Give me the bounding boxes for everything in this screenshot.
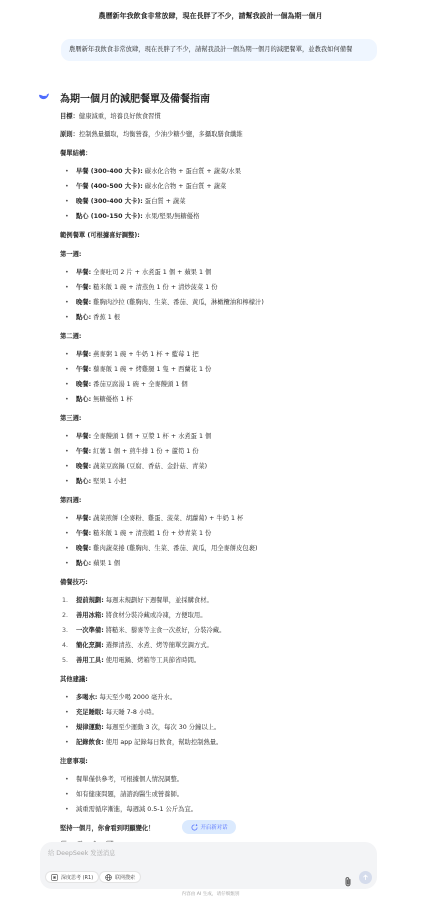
item-label: 點心:	[76, 560, 91, 567]
item-number: 1.	[62, 593, 68, 608]
week-3-heading: 第三週:	[60, 411, 388, 426]
list-item: 晚餐: 雞肉蔬菜捲 (雞胸肉、生菜、番茄、黃瓜，用全麥餅皮包裹)	[60, 541, 388, 556]
item-label: 晚餐:	[76, 545, 91, 552]
item-label: 記錄飲食:	[76, 739, 104, 746]
item-label: 晚餐:	[76, 463, 91, 470]
list-item: 1.提前規劃: 每週末規劃好下週餐單，並採購食材。	[60, 593, 388, 608]
ai-disclaimer: 内容由 AI 生成，请仔细甄别	[0, 891, 421, 897]
list-item: 5.善用工具: 使用電鍋、烤箱等工具節省時間。	[60, 653, 388, 668]
web-search-label: 联网搜索	[115, 874, 135, 881]
item-text: 蘋果 1 個	[93, 560, 120, 567]
list-item: 早餐: 全麥饅頭 1 個 + 豆漿 1 杯 + 水煮蛋 1 個	[60, 429, 388, 444]
list-item: 早餐: 全麥吐司 2 片 + 水煮蛋 1 個 + 蘋果 1 個	[60, 265, 388, 280]
item-text: 每週至少運動 3 次，每次 30 分鐘以上。	[106, 724, 220, 731]
list-item: 午餐: 藜麥飯 1 碗 + 烤雞腿 1 隻 + 西蘭花 1 份	[60, 362, 388, 377]
item-label: 午餐 (400-500 大卡):	[76, 183, 143, 190]
answer-header: 為期一個月的減肥餐單及備餐指南	[38, 88, 388, 106]
send-button[interactable]	[359, 871, 372, 884]
list-item: 規律運動: 每週至少運動 3 次，每次 30 分鐘以上。	[60, 720, 388, 735]
item-text: 使用電鍋、烤箱等工具節省時間。	[106, 657, 200, 664]
structure-list: 早餐 (300-400 大卡): 碳水化合物 + 蛋白質 + 蔬菜/水果 午餐 …	[60, 164, 388, 224]
item-text: 雞肉蔬菜捲 (雞胸肉、生菜、番茄、黃瓜，用全麥餅皮包裹)	[93, 545, 257, 552]
list-item: 晚餐: 蔬菜豆腐鍋 (豆腐、香菇、金針菇、青菜)	[60, 459, 388, 474]
list-item: 午餐: 紅薯 1 個 + 煎牛排 1 份 + 蘆筍 1 份	[60, 444, 388, 459]
item-text: 藜麥飯 1 碗 + 烤雞腿 1 隻 + 西蘭花 1 份	[93, 366, 211, 373]
meal-prep-tips-list: 1.提前規劃: 每週末規劃好下週餐單，並採購食材。 2.善用冰箱: 將食材分裝冷…	[60, 593, 388, 668]
item-label: 規律運動:	[76, 724, 104, 731]
item-label: 午餐:	[76, 366, 91, 373]
list-item: 點心: 無糖優格 1 杯	[60, 392, 388, 407]
list-item: 2.善用冰箱: 將食材分裝冷藏或冷凍，方便取用。	[60, 608, 388, 623]
item-label: 點心:	[76, 314, 91, 321]
message-input[interactable]	[48, 847, 298, 859]
attach-icon[interactable]	[343, 872, 353, 883]
conversation-title: 農曆新年我飲食非常放肆，現在長胖了不少，請幫我設計一個為期一個月	[0, 11, 421, 21]
globe-icon	[105, 874, 112, 881]
new-chat-button[interactable]: 开启新对话	[182, 820, 236, 834]
deep-think-label: 深度思考 (R1)	[61, 874, 93, 881]
goal-label: 目標：	[60, 113, 79, 120]
notes-list: 餐單僅供參考，可根據個人情況調整。 如有健康問題，請諮詢醫生或營養師。 減重需循…	[60, 772, 388, 817]
list-item: 午餐: 糙米飯 1 碗 + 清蒸魚 1 份 + 清炒菠菜 1 份	[60, 280, 388, 295]
item-text: 蛋白質 + 蔬菜	[145, 198, 186, 205]
item-text: 選擇清蒸、水煮、烤等簡單烹調方式。	[106, 642, 213, 649]
item-label: 點心 (100-150 大卡):	[76, 213, 143, 220]
notes-heading: 注意事項:	[60, 754, 388, 769]
list-item: 充足睡眠: 每天睡 7-8 小時。	[60, 705, 388, 720]
deepseek-logo-icon	[38, 92, 50, 102]
item-label: 善用冰箱:	[76, 612, 104, 619]
deep-think-toggle[interactable]: 深度思考 (R1)	[45, 871, 99, 883]
item-text: 紅薯 1 個 + 煎牛排 1 份 + 蘆筍 1 份	[93, 448, 199, 455]
item-text: 無糖優格 1 杯	[93, 396, 133, 403]
list-item: 點心: 蘋果 1 個	[60, 556, 388, 571]
item-number: 3.	[62, 623, 68, 638]
list-item: 如有健康問題，請諮詢醫生或營養師。	[60, 787, 388, 802]
item-text: 每天睡 7-8 小時。	[106, 709, 158, 716]
item-label: 簡化烹調:	[76, 642, 104, 649]
item-text: 糙米飯 1 碗 + 清蒸蝦 1 份 + 炒青菜 1 份	[93, 530, 211, 537]
week-2-heading: 第二週:	[60, 329, 388, 344]
structure-heading: 餐單結構：	[60, 146, 388, 161]
item-number: 5.	[62, 653, 68, 668]
item-text: 全麥吐司 2 片 + 水煮蛋 1 個 + 蘋果 1 個	[93, 269, 211, 276]
item-text: 每天至少喝 2000 毫升水。	[99, 694, 176, 701]
item-text: 蔬菜豆腐鍋 (豆腐、香菇、金針菇、青菜)	[93, 463, 207, 470]
item-label: 晚餐:	[76, 299, 91, 306]
list-item: 早餐: 燕麥粥 1 碗 + 牛奶 1 杯 + 藍莓 1 把	[60, 347, 388, 362]
week-3-list: 早餐: 全麥饅頭 1 個 + 豆漿 1 杯 + 水煮蛋 1 個 午餐: 紅薯 1…	[60, 429, 388, 489]
item-label: 早餐:	[76, 269, 91, 276]
item-label: 早餐 (300-400 大卡):	[76, 168, 143, 175]
new-chat-icon	[191, 824, 198, 831]
list-item: 午餐: 糙米飯 1 碗 + 清蒸蝦 1 份 + 炒青菜 1 份	[60, 526, 388, 541]
list-item: 3.一次準備: 將糙米、藜麥等主食一次煮好，分裝冷藏。	[60, 623, 388, 638]
item-text: 堅果 1 小把	[93, 478, 126, 485]
item-text: 蔬菜煎餅 (全麥粉、雞蛋、菠菜、胡蘿蔔) + 牛奶 1 杯	[93, 515, 243, 522]
principle-text: 控制熱量攝取，均衡營養，少油少糖少鹽，多攝取膳食纖維	[79, 131, 243, 138]
item-label: 晚餐:	[76, 381, 91, 388]
item-label: 晚餐 (300-400 大卡):	[76, 198, 143, 205]
principle-line: 原則：控制熱量攝取，均衡營養，少油少糖少鹽，多攝取膳食纖維	[60, 127, 388, 142]
list-item: 晚餐: 雞胸肉沙拉 (雞胸肉、生菜、番茄、黃瓜，淋橄欖油和檸檬汁)	[60, 295, 388, 310]
item-number: 4.	[62, 638, 68, 653]
web-search-toggle[interactable]: 联网搜索	[99, 871, 141, 883]
week-1-list: 早餐: 全麥吐司 2 片 + 水煮蛋 1 個 + 蘋果 1 個 午餐: 糙米飯 …	[60, 265, 388, 325]
week-1-heading: 第一週:	[60, 247, 388, 262]
list-item: 4.簡化烹調: 選擇清蒸、水煮、烤等簡單烹調方式。	[60, 638, 388, 653]
list-item: 晚餐 (300-400 大卡): 蛋白質 + 蔬菜	[60, 194, 388, 209]
item-label: 多喝水:	[76, 694, 97, 701]
answer-title: 為期一個月的減肥餐單及備餐指南	[60, 90, 210, 105]
list-item: 早餐 (300-400 大卡): 碳水化合物 + 蛋白質 + 蔬菜/水果	[60, 164, 388, 179]
other-advice-heading: 其他建議:	[60, 672, 388, 687]
list-item: 減重需循序漸進，每週減 0.5-1 公斤為宜。	[60, 802, 388, 817]
deep-think-icon	[51, 874, 58, 881]
item-text: 雞胸肉沙拉 (雞胸肉、生菜、番茄、黃瓜，淋橄欖油和檸檬汁)	[93, 299, 264, 306]
item-label: 早餐:	[76, 433, 91, 440]
item-label: 點心:	[76, 396, 91, 403]
list-item: 晚餐: 番茄豆腐湯 1 碗 + 全麥饅頭 1 個	[60, 377, 388, 392]
item-text: 碳水化合物 + 蛋白質 + 蔬菜	[145, 183, 227, 190]
list-item: 點心 (100-150 大卡): 水果/堅果/無糖優格	[60, 209, 388, 224]
item-text: 水果/堅果/無糖優格	[145, 213, 200, 220]
item-label: 提前規劃:	[76, 597, 104, 604]
item-text: 碳水化合物 + 蛋白質 + 蔬菜/水果	[145, 168, 241, 175]
list-item: 多喝水: 每天至少喝 2000 毫升水。	[60, 690, 388, 705]
item-label: 午餐:	[76, 284, 91, 291]
new-chat-label: 开启新对话	[201, 823, 228, 831]
meal-prep-tips-heading: 備餐技巧:	[60, 575, 388, 590]
list-item: 午餐 (400-500 大卡): 碳水化合物 + 蛋白質 + 蔬菜	[60, 179, 388, 194]
list-item: 點心: 堅果 1 小把	[60, 474, 388, 489]
user-message-bubble: 農曆新年我飲食非常放肆，現在長胖了不少，請幫我設計一個為期一個月的減肥餐單，並教…	[61, 39, 377, 61]
assistant-answer: 為期一個月的減肥餐單及備餐指南 目標：健康減重，培養良好飲食習慣 原則：控制熱量…	[38, 88, 388, 849]
item-label: 善用工具:	[76, 657, 104, 664]
list-item: 早餐: 蔬菜煎餅 (全麥粉、雞蛋、菠菜、胡蘿蔔) + 牛奶 1 杯	[60, 511, 388, 526]
item-text: 燕麥粥 1 碗 + 牛奶 1 杯 + 藍莓 1 把	[93, 351, 199, 358]
answer-content: 目標：健康減重，培養良好飲食習慣 原則：控制熱量攝取，均衡營養，少油少糖少鹽，多…	[60, 109, 388, 849]
item-text: 全麥饅頭 1 個 + 豆漿 1 杯 + 水煮蛋 1 個	[93, 433, 211, 440]
message-composer: 深度思考 (R1) 联网搜索	[40, 842, 377, 889]
list-item: 記錄飲食: 使用 app 記錄每日飲食，幫助控制熱量。	[60, 735, 388, 750]
week-4-list: 早餐: 蔬菜煎餅 (全麥粉、雞蛋、菠菜、胡蘿蔔) + 牛奶 1 杯 午餐: 糙米…	[60, 511, 388, 571]
item-text: 糙米飯 1 碗 + 清蒸魚 1 份 + 清炒菠菜 1 份	[93, 284, 217, 291]
other-advice-list: 多喝水: 每天至少喝 2000 毫升水。 充足睡眠: 每天睡 7-8 小時。 規…	[60, 690, 388, 750]
list-item: 餐單僅供參考，可根據個人情況調整。	[60, 772, 388, 787]
item-text: 香蕉 1 根	[93, 314, 120, 321]
item-number: 2.	[62, 608, 68, 623]
item-text: 將食材分裝冷藏或冷凍，方便取用。	[106, 612, 207, 619]
item-label: 午餐:	[76, 448, 91, 455]
goal-line: 目標：健康減重，培養良好飲食習慣	[60, 109, 388, 124]
sample-menu-heading: 範例餐單 (可根據喜好調整):	[60, 228, 388, 243]
item-label: 早餐:	[76, 351, 91, 358]
item-label: 充足睡眠:	[76, 709, 104, 716]
item-text: 將糙米、藜麥等主食一次煮好，分裝冷藏。	[106, 627, 226, 634]
week-4-heading: 第四週:	[60, 493, 388, 508]
goal-text: 健康減重，培養良好飲食習慣	[79, 113, 161, 120]
item-text: 使用 app 記錄每日飲食，幫助控制熱量。	[106, 739, 223, 746]
principle-label: 原則：	[60, 131, 79, 138]
item-text: 每週末規劃好下週餐單，並採購食材。	[106, 597, 213, 604]
week-2-list: 早餐: 燕麥粥 1 碗 + 牛奶 1 杯 + 藍莓 1 把 午餐: 藜麥飯 1 …	[60, 347, 388, 407]
item-label: 早餐:	[76, 515, 91, 522]
item-text: 番茄豆腐湯 1 碗 + 全麥饅頭 1 個	[93, 381, 188, 388]
item-label: 午餐:	[76, 530, 91, 537]
arrow-up-icon	[362, 874, 369, 881]
item-label: 一次準備:	[76, 627, 104, 634]
item-label: 點心:	[76, 478, 91, 485]
list-item: 點心: 香蕉 1 根	[60, 310, 388, 325]
